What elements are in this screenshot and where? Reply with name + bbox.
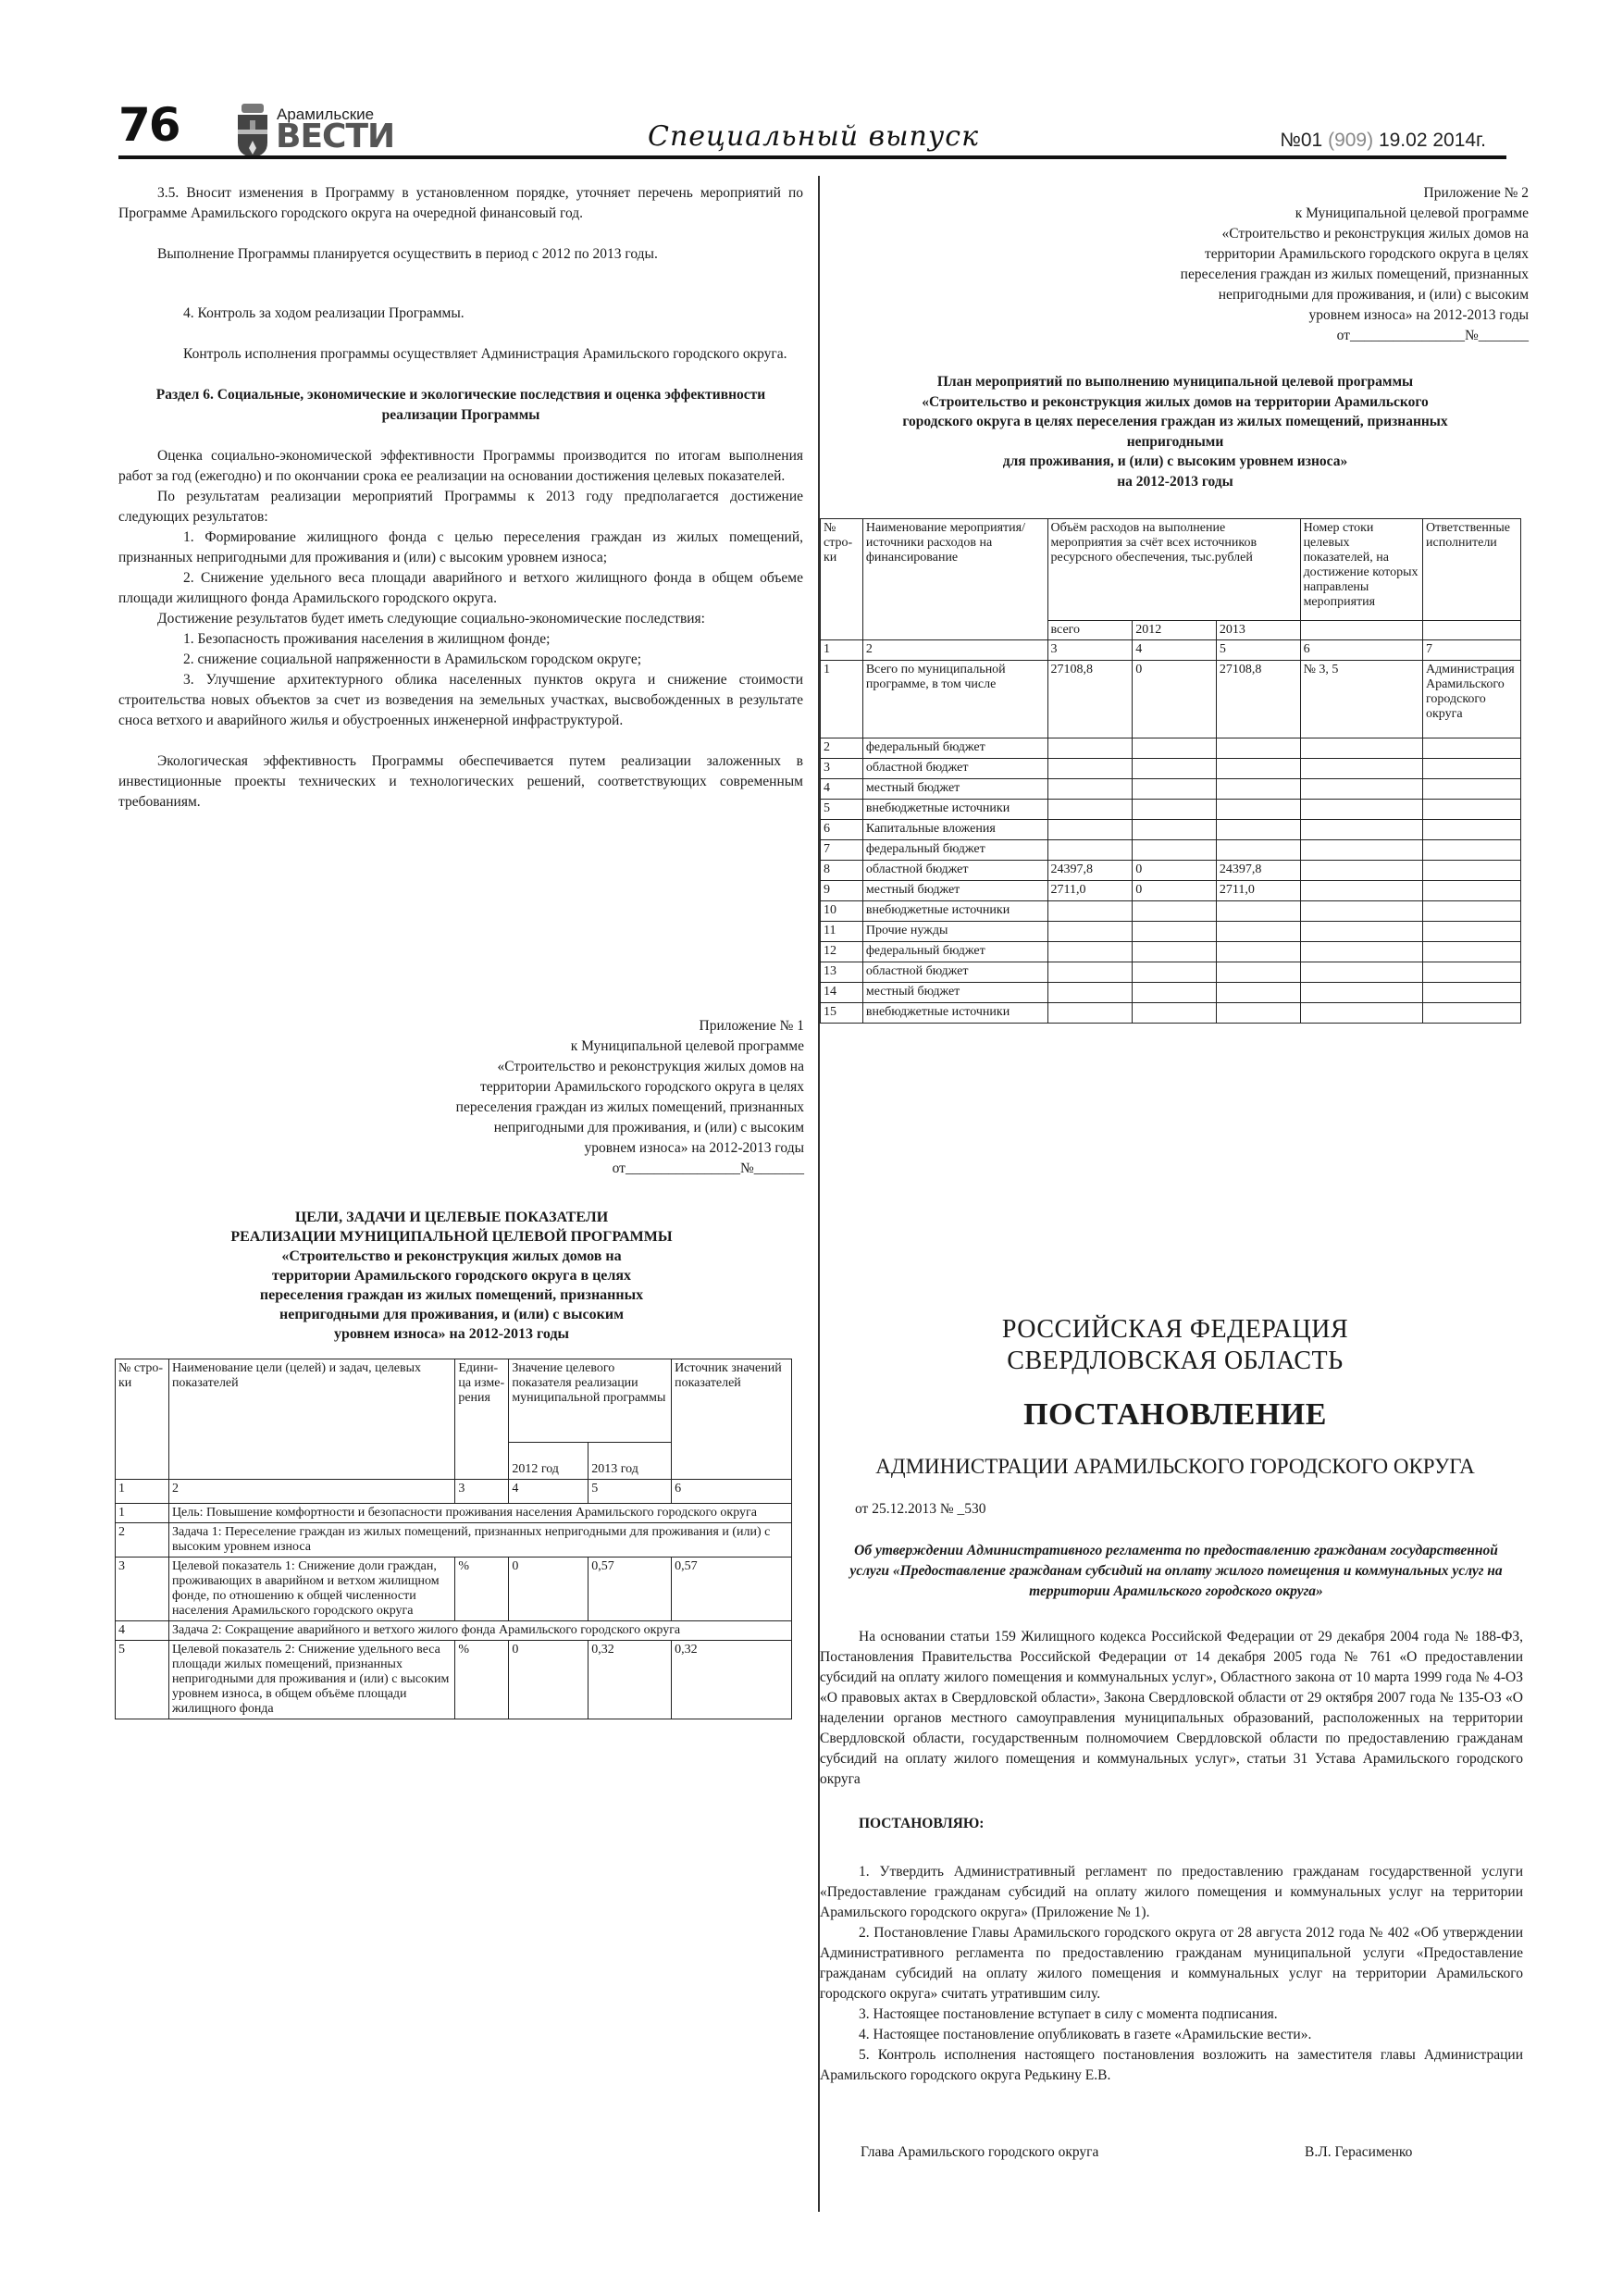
row-target-lines (1300, 881, 1422, 901)
row-2012: 0 (1133, 881, 1217, 901)
table-row: 11Прочие нужды (821, 922, 1521, 942)
paragraph: Выполнение Программы планируется осущест… (118, 244, 803, 265)
row-number: 4 (821, 779, 863, 800)
row-responsible (1423, 820, 1521, 840)
row-target-lines: № 3, 5 (1300, 661, 1422, 738)
row-2012 (1133, 942, 1217, 962)
decree-date: от 25.12.2013 № _530 (855, 1501, 985, 1518)
row-name: Задача 2: Сокращение аварийного и ветхог… (168, 1621, 791, 1641)
resolve-heading: ПОСТАНОВЛЯЮ: (820, 1814, 1523, 1834)
row-name: областной бюджет (862, 861, 1047, 881)
row-2013 (1216, 738, 1300, 759)
row-2013 (1216, 942, 1300, 962)
row-2012 (1133, 922, 1217, 942)
header-cell: Наименование цели (целей) и задач, целев… (168, 1359, 454, 1480)
row-number: 10 (821, 901, 863, 922)
column-number: 5 (1216, 640, 1300, 661)
row-number: 8 (821, 861, 863, 881)
column-number: 4 (509, 1480, 588, 1504)
row-number: 2 (821, 738, 863, 759)
appendix-line: переселения граждан из жилых помещений, … (323, 1098, 804, 1118)
row-responsible (1423, 1003, 1521, 1024)
row-name: внебюджетные источники (862, 901, 1047, 922)
row-number: 4 (116, 1621, 169, 1641)
title-line: непригодными для проживания, и (или) с в… (118, 1305, 785, 1324)
row-name: Прочие нужды (862, 922, 1047, 942)
paragraph: 2. Снижение удельного веса площади авари… (118, 568, 803, 609)
row-name: Целевой показатель 2: Снижение удельного… (168, 1641, 454, 1719)
plan-title: План мероприятий по выполнению муниципал… (824, 372, 1527, 491)
row-name: Цель: Повышение комфортности и безопасно… (168, 1504, 791, 1523)
paragraph: По результатам реализации мероприятий Пр… (118, 487, 803, 527)
row-2012 (1133, 901, 1217, 922)
appendix-line: от________________№_______ (323, 1159, 804, 1179)
appendix-2-note: Приложение № 2 к Муниципальной целевой п… (1047, 183, 1529, 346)
row-name: Всего по муниципальной программе, в том … (862, 661, 1047, 738)
row-2013: 24397,8 (1216, 861, 1300, 881)
row-target-lines (1300, 942, 1422, 962)
logo-main-text: ВЕСТИ (276, 118, 394, 155)
header-rule (118, 155, 1506, 159)
header-cell: № стро-ки (821, 519, 863, 640)
row-total (1047, 779, 1133, 800)
row-number: 7 (821, 840, 863, 861)
row-2013 (1216, 779, 1300, 800)
row-total (1047, 800, 1133, 820)
header-cell: № стро-ки (116, 1359, 169, 1480)
table1-title: ЦЕЛИ, ЗАДАЧИ И ЦЕЛЕВЫЕ ПОКАЗАТЕЛИ РЕАЛИЗ… (118, 1208, 785, 1344)
title-line: ЦЕЛИ, ЗАДАЧИ И ЦЕЛЕВЫЕ ПОКАЗАТЕЛИ (118, 1208, 785, 1227)
row-target-lines (1300, 1003, 1422, 1024)
column-number: 1 (116, 1480, 169, 1504)
row-responsible (1423, 881, 1521, 901)
row-responsible (1423, 840, 1521, 861)
row-name: Целевой показатель 1: Снижение доли граж… (168, 1558, 454, 1621)
header-cell: 2013 год (588, 1443, 672, 1480)
row-total (1047, 942, 1133, 962)
table-row: 8областной бюджет24397,8024397,8 (821, 861, 1521, 881)
row-name: внебюджетные источники (862, 1003, 1047, 1024)
table-row: 1Цель: Повышение комфортности и безопасн… (116, 1504, 792, 1523)
row-responsible (1423, 759, 1521, 779)
row-target-lines (1300, 759, 1422, 779)
title-line: «Строительство и реконструкция жилых дом… (118, 1247, 785, 1266)
header-cell (1423, 621, 1521, 640)
table-row: 2федеральный бюджет (821, 738, 1521, 759)
row-responsible (1423, 779, 1521, 800)
row-total (1047, 922, 1133, 942)
title-line: «Строительство и реконструкция жилых дом… (824, 392, 1527, 413)
row-2012 (1133, 962, 1217, 983)
row-2013 (1216, 1003, 1300, 1024)
row-2013 (1216, 840, 1300, 861)
column-number: 1 (821, 640, 863, 661)
left-column: 3.5. Вносит изменения в Программу в уста… (118, 183, 803, 813)
appendix-line: «Строительство и реконструкция жилых дом… (323, 1057, 804, 1077)
row-total (1047, 983, 1133, 1003)
row-2012 (1133, 840, 1217, 861)
appendix-line: Приложение № 1 (323, 1016, 804, 1036)
row-name: областной бюджет (862, 962, 1047, 983)
table-row: 6Капитальные вложения (821, 820, 1521, 840)
row-number: 5 (116, 1641, 169, 1719)
row-responsible (1423, 942, 1521, 962)
column-number: 7 (1423, 640, 1521, 661)
appendix-line: территории Арамильского городского округ… (1047, 244, 1529, 265)
table-row: 7федеральный бюджет (821, 840, 1521, 861)
row-responsible (1423, 922, 1521, 942)
appendix-line: «Строительство и реконструкция жилых дом… (1047, 224, 1529, 244)
table-row: 5Целевой показатель 2: Снижение удельног… (116, 1641, 792, 1719)
issue-date: 19.02 2014г. (1379, 130, 1486, 151)
row-2013 (1216, 820, 1300, 840)
decree-header: РОССИЙСКАЯ ФЕДЕРАЦИЯ СВЕРДЛОВСКАЯ ОБЛАСТ… (824, 1314, 1527, 1483)
header-cell: Номер стоки целевых показателей, на дост… (1300, 519, 1422, 621)
row-number: 11 (821, 922, 863, 942)
table-row: 14местный бюджет (821, 983, 1521, 1003)
row-number: 2 (116, 1523, 169, 1558)
header-cell: 2013 (1216, 621, 1300, 640)
row-total (1047, 820, 1133, 840)
row-source: 0,32 (672, 1641, 792, 1719)
targets-table: № стро-ки Наименование цели (целей) и за… (115, 1359, 792, 1719)
header-cell: 2012 год (509, 1443, 588, 1480)
row-target-lines (1300, 901, 1422, 922)
row-total (1047, 962, 1133, 983)
table-row: 3Целевой показатель 1: Снижение доли гра… (116, 1558, 792, 1621)
section-heading: Раздел 6. Социальные, экономические и эк… (155, 385, 766, 426)
newspaper-logo: Арамильские ВЕСТИ (236, 104, 403, 157)
row-number: 1 (821, 661, 863, 738)
row-2013 (1216, 962, 1300, 983)
column-number: 2 (862, 640, 1047, 661)
row-number: 5 (821, 800, 863, 820)
row-total: 2711,0 (1047, 881, 1133, 901)
signer-title: Глава Арамильского городского округа (861, 2144, 1098, 2161)
paragraph: 3. Настоящее постановление вступает в си… (820, 2004, 1523, 2025)
row-number: 3 (116, 1558, 169, 1621)
paragraph: 1. Формирование жилищного фонда с целью … (118, 527, 803, 568)
decree-body: На основании статьи 159 Жилищного кодекс… (820, 1627, 1523, 2086)
column-number: 4 (1133, 640, 1217, 661)
paragraph: 4. Контроль за ходом реализации Программ… (118, 304, 803, 324)
column-number: 2 (168, 1480, 454, 1504)
appendix-line: непригодными для проживания, и (или) с в… (323, 1118, 804, 1138)
row-responsible (1423, 962, 1521, 983)
header-cell: Объём расходов на выполнение мероприятия… (1047, 519, 1300, 621)
header-cell: 2012 (1133, 621, 1217, 640)
column-number: 3 (455, 1480, 509, 1504)
row-number: 3 (821, 759, 863, 779)
row-2012 (1133, 820, 1217, 840)
row-unit: % (455, 1558, 509, 1621)
row-unit: % (455, 1641, 509, 1719)
paragraph: 3. Улучшение архитектурного облика насел… (118, 670, 803, 731)
paragraph: 2. Постановление Главы Арамильского горо… (820, 1923, 1523, 2004)
appendix-line: непригодными для проживания, и (или) с в… (1047, 285, 1529, 305)
row-2012: 0 (1133, 861, 1217, 881)
row-name: областной бюджет (862, 759, 1047, 779)
paragraph: Достижение результатов будет иметь следу… (118, 609, 803, 629)
table-row: 1Всего по муниципальной программе, в том… (821, 661, 1521, 738)
row-2012 (1133, 759, 1217, 779)
row-total: 27108,8 (1047, 661, 1133, 738)
row-total (1047, 1003, 1133, 1024)
row-target-lines (1300, 983, 1422, 1003)
column-numbers-row: 123456 (116, 1480, 792, 1504)
row-2013: 27108,8 (1216, 661, 1300, 738)
row-2012 (1133, 779, 1217, 800)
appendix-line: от________________№_______ (1047, 326, 1529, 346)
header-cell: Наименование мероприятия/ источники расх… (862, 519, 1047, 640)
paragraph: На основании статьи 159 Жилищного кодекс… (820, 1627, 1523, 1790)
row-2013 (1216, 983, 1300, 1003)
row-target-lines (1300, 738, 1422, 759)
decree-subject: Об утверждении Административного регламе… (838, 1541, 1514, 1602)
title-line: План мероприятий по выполнению муниципал… (824, 372, 1527, 392)
row-2012: 0 (509, 1558, 588, 1621)
row-2013 (1216, 901, 1300, 922)
header-cell: Ответственные исполнители (1423, 519, 1521, 621)
decree-issuer: АДМИНИСТРАЦИИ АРАМИЛЬСКОГО ГОРОДСКОГО ОК… (824, 1451, 1527, 1483)
title-line: городского округа в целях переселения гр… (824, 412, 1527, 432)
title-line: РЕАЛИЗАЦИИ МУНИЦИПАЛЬНОЙ ЦЕЛЕВОЙ ПРОГРАМ… (118, 1227, 785, 1247)
table-row: 3областной бюджет (821, 759, 1521, 779)
paragraph: 5. Контроль исполнения настоящего постан… (820, 2045, 1523, 2086)
row-total (1047, 840, 1133, 861)
table-row: 13областной бюджет (821, 962, 1521, 983)
row-target-lines (1300, 800, 1422, 820)
row-responsible (1423, 901, 1521, 922)
region-line: СВЕРДЛОВСКАЯ ОБЛАСТЬ (824, 1346, 1527, 1377)
row-target-lines (1300, 861, 1422, 881)
row-responsible (1423, 983, 1521, 1003)
row-target-lines (1300, 962, 1422, 983)
row-2013: 2711,0 (1216, 881, 1300, 901)
row-responsible (1423, 861, 1521, 881)
appendix-line: переселения граждан из жилых помещений, … (1047, 265, 1529, 285)
appendix-line: к Муниципальной целевой программе (323, 1036, 804, 1057)
paragraph: 1. Безопасность проживания населения в ж… (118, 629, 803, 650)
header-cell: Значение целевого показателя реализации … (509, 1359, 672, 1443)
row-target-lines (1300, 922, 1422, 942)
edition-title: Специальный выпуск (648, 120, 979, 153)
plan-table: № стро-ки Наименование мероприятия/ исто… (820, 518, 1521, 1024)
table-row: 5внебюджетные источники (821, 800, 1521, 820)
page-number: 76 (118, 98, 180, 152)
paragraph: Экологическая эффективность Программы об… (118, 751, 803, 813)
appendix-1-note: Приложение № 1 к Муниципальной целевой п… (323, 1016, 804, 1179)
paragraph: 1. Утвердить Административный регламент … (820, 1862, 1523, 1923)
row-2012 (1133, 800, 1217, 820)
section6-body: Оценка социально-экономической эффективн… (118, 446, 803, 731)
row-target-lines (1300, 779, 1422, 800)
table-row: 4Задача 2: Сокращение аварийного и ветхо… (116, 1621, 792, 1641)
row-total (1047, 759, 1133, 779)
appendix-line: уровнем износа» на 2012-2013 годы (1047, 305, 1529, 326)
column-number: 5 (588, 1480, 672, 1504)
table-row: 12федеральный бюджет (821, 942, 1521, 962)
country-line: РОССИЙСКАЯ ФЕДЕРАЦИЯ (824, 1314, 1527, 1346)
title-line: уровнем износа» на 2012-2013 годы (118, 1324, 785, 1344)
header-cell: всего (1047, 621, 1133, 640)
issue-total: (909) (1328, 130, 1373, 151)
title-line: переселения граждан из жилых помещений, … (118, 1285, 785, 1305)
row-name: Капитальные вложения (862, 820, 1047, 840)
row-2012: 0 (509, 1641, 588, 1719)
row-number: 9 (821, 881, 863, 901)
paragraph: 3.5. Вносит изменения в Программу в уста… (118, 183, 803, 224)
issue-info: №01 (909) 19.02 2014г. (1280, 130, 1486, 152)
title-line: для проживания, и (или) с высоким уровне… (824, 452, 1527, 472)
row-name: местный бюджет (862, 983, 1047, 1003)
row-target-lines (1300, 820, 1422, 840)
decree-title: ПОСТАНОВЛЕНИЕ (824, 1399, 1527, 1431)
row-number: 6 (821, 820, 863, 840)
row-name: федеральный бюджет (862, 942, 1047, 962)
row-name: Задача 1: Переселение граждан из жилых п… (168, 1523, 791, 1558)
row-number: 12 (821, 942, 863, 962)
coat-of-arms-icon (236, 104, 269, 157)
table-row: 9местный бюджет2711,002711,0 (821, 881, 1521, 901)
table-row: 10внебюджетные источники (821, 901, 1521, 922)
row-number: 14 (821, 983, 863, 1003)
row-target-lines (1300, 840, 1422, 861)
appendix-line: Приложение № 2 (1047, 183, 1529, 204)
row-2012 (1133, 1003, 1217, 1024)
paragraph: 4. Настоящее постановление опубликовать … (820, 2025, 1523, 2045)
column-numbers-row: 1234567 (821, 640, 1521, 661)
row-name: федеральный бюджет (862, 738, 1047, 759)
row-total (1047, 901, 1133, 922)
signer-name: В.Л. Герасименко (1305, 2144, 1412, 2161)
row-number: 1 (116, 1504, 169, 1523)
issue-number: №01 (1280, 130, 1322, 151)
row-total (1047, 738, 1133, 759)
paragraph: Контроль исполнения программы осуществля… (118, 344, 803, 365)
title-line: на 2012-2013 годы (824, 472, 1527, 492)
row-2012 (1133, 738, 1217, 759)
table-row: 15внебюджетные источники (821, 1003, 1521, 1024)
row-2013 (1216, 922, 1300, 942)
row-name: местный бюджет (862, 779, 1047, 800)
row-2012 (1133, 983, 1217, 1003)
row-2013: 0,57 (588, 1558, 672, 1621)
row-2013 (1216, 800, 1300, 820)
row-number: 13 (821, 962, 863, 983)
row-responsible: Администрация Арамильского городского ок… (1423, 661, 1521, 738)
row-name: федеральный бюджет (862, 840, 1047, 861)
header-cell (1300, 621, 1422, 640)
header-cell: Источник значений показателей (672, 1359, 792, 1480)
row-number: 15 (821, 1003, 863, 1024)
paragraph: 2. снижение социальной напряженности в А… (118, 650, 803, 670)
title-line: непригодными (824, 432, 1527, 453)
row-2013: 0,32 (588, 1641, 672, 1719)
row-2013 (1216, 759, 1300, 779)
row-2012: 0 (1133, 661, 1217, 738)
table-row: 4местный бюджет (821, 779, 1521, 800)
row-name: местный бюджет (862, 881, 1047, 901)
row-responsible (1423, 738, 1521, 759)
paragraph: Оценка социально-экономической эффективн… (118, 446, 803, 487)
row-responsible (1423, 800, 1521, 820)
header-cell: Едини-ца изме-рения (455, 1359, 509, 1480)
row-name: внебюджетные источники (862, 800, 1047, 820)
table-row: 2Задача 1: Переселение граждан из жилых … (116, 1523, 792, 1558)
appendix-line: уровнем износа» на 2012-2013 годы (323, 1138, 804, 1159)
title-line: территории Арамильского городского округ… (118, 1266, 785, 1285)
column-number: 6 (1300, 640, 1422, 661)
appendix-line: к Муниципальной целевой программе (1047, 204, 1529, 224)
row-source: 0,57 (672, 1558, 792, 1621)
column-number: 6 (672, 1480, 792, 1504)
column-number: 3 (1047, 640, 1133, 661)
appendix-line: территории Арамильского городского округ… (323, 1077, 804, 1098)
row-total: 24397,8 (1047, 861, 1133, 881)
